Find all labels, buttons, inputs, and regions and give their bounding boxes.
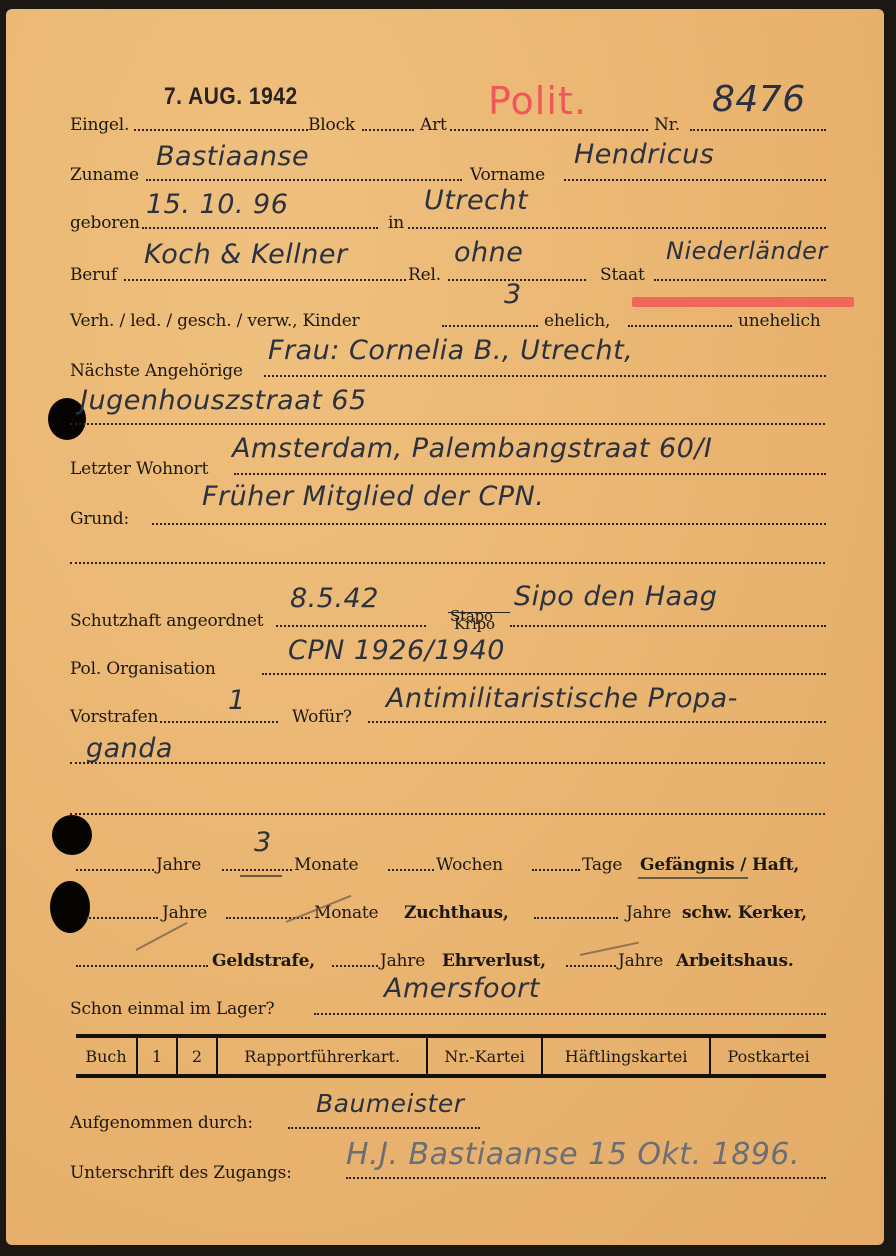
- block-label: Block: [308, 115, 355, 135]
- family-status-label: Verh. / led. / gesch. / verw., Kinder: [70, 311, 359, 331]
- register-buch: Buch: [76, 1036, 137, 1076]
- nr-label: Nr.: [654, 115, 680, 135]
- ehrverlust-label: Ehrverlust,: [442, 951, 546, 971]
- tage-label: Tage: [582, 855, 622, 875]
- row-zuname: Zuname Vorname: [70, 159, 814, 185]
- prisoner-registration-card: 7. AUG. 1942 Polit. 8476 Eingel. Block A…: [6, 9, 884, 1245]
- aufgenommen-label: Aufgenommen durch:: [70, 1113, 253, 1133]
- row-beruf: Beruf Rel. Staat: [70, 259, 814, 285]
- staat-label: Staat: [600, 265, 645, 285]
- vorstrafen-label: Vorstrafen: [70, 707, 158, 727]
- row-schutzhaft: Schutzhaft angeordnet Stapo: [70, 605, 814, 631]
- row-grund: Grund:: [70, 503, 814, 529]
- gefaengnis-label: Gefängnis / Haft,: [640, 855, 799, 875]
- row-family-status: Verh. / led. / gesch. / verw., Kinder eh…: [70, 305, 814, 331]
- row-next-of-kin: Nächste Angehörige: [70, 355, 814, 381]
- grund-label: Grund:: [70, 509, 129, 529]
- jahre-label: Jahre: [156, 855, 201, 875]
- rel-label: Rel.: [408, 265, 441, 285]
- unehelich-label: unehelich: [738, 311, 821, 331]
- vorname-label: Vorname: [470, 165, 545, 185]
- row-wohnort: Letzter Wohnort: [70, 453, 814, 479]
- row-zuchthaus: Jahre Monate Zuchthaus, Jahre schw. Kerk…: [70, 897, 814, 923]
- zuname-label: Zuname: [70, 165, 139, 185]
- schutzhaft-label: Schutzhaft angeordnet: [70, 611, 263, 631]
- jahre-label: Jahre: [618, 951, 663, 971]
- next-of-kin-label: Nächste Angehörige: [70, 361, 243, 381]
- lager-label: Schon einmal im Lager?: [70, 999, 274, 1019]
- register-table: Buch 1 2 Rapportführerkart. Nr.-Kartei H…: [76, 1034, 826, 1078]
- register-haeftlingskartei: Häftlingskartei: [542, 1036, 710, 1076]
- row-aufgenommen: Aufgenommen durch:: [70, 1107, 814, 1133]
- wohnort-label: Letzter Wohnort: [70, 459, 208, 479]
- register-postkartei: Postkartei: [710, 1036, 826, 1076]
- eingel-date-stamp: 7. AUG. 1942: [164, 83, 298, 111]
- jahre-label: Jahre: [162, 903, 207, 923]
- schwerer-kerker-label: schw. Kerker,: [682, 903, 807, 923]
- eingel-label: Eingel.: [70, 115, 129, 135]
- arbeitshaus-label: Arbeitshaus.: [676, 951, 794, 971]
- row-geboren: geboren in: [70, 207, 814, 233]
- row-eingel: Eingel. Block Art Nr.: [70, 109, 814, 135]
- zuchthaus-label: Zuchthaus,: [404, 903, 509, 923]
- row-lager: Schon einmal im Lager?: [70, 993, 814, 1019]
- jahre-label: Jahre: [626, 903, 671, 923]
- wochen-label: Wochen: [436, 855, 503, 875]
- row-geldstrafe: Geldstrafe, Jahre Ehrverlust, Jahre Arbe…: [70, 945, 814, 971]
- next-of-kin-address: Jugenhouszstraat 65: [80, 385, 367, 416]
- in-label: in: [388, 213, 404, 233]
- unterschrift-label: Unterschrift des Zugangs:: [70, 1163, 292, 1183]
- kripo-label: Kripo: [454, 615, 495, 633]
- row-unterschrift: Unterschrift des Zugangs:: [70, 1157, 814, 1183]
- register-rapportfuehrerkartei: Rapportführerkart.: [217, 1036, 427, 1076]
- ehelich-label: ehelich,: [544, 311, 610, 331]
- register-1: 1: [137, 1036, 177, 1076]
- jahre-label: Jahre: [380, 951, 425, 971]
- geldstrafe-label: Geldstrafe,: [212, 951, 315, 971]
- row-gefaengnis: Jahre Monate Wochen Tage Gefängnis / Haf…: [70, 849, 814, 875]
- art-label: Art: [420, 115, 447, 135]
- pol-org-label: Pol. Organisation: [70, 659, 216, 679]
- wofuer-label: Wofür?: [292, 707, 352, 727]
- geboren-label: geboren: [70, 213, 140, 233]
- register-2: 2: [177, 1036, 217, 1076]
- row-vorstrafen: Vorstrafen Wofür?: [70, 701, 814, 727]
- beruf-label: Beruf: [70, 265, 117, 285]
- wofuer-value-continued: ganda: [86, 733, 173, 764]
- row-pol-org: Pol. Organisation: [70, 653, 814, 679]
- monate-label: Monate: [294, 855, 358, 875]
- register-nr-kartei: Nr.-Kartei: [427, 1036, 542, 1076]
